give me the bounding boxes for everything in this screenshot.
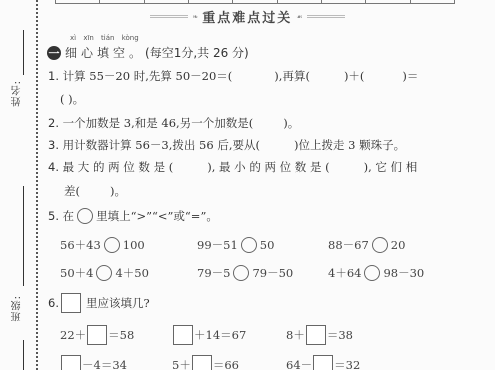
score-cell: [56, 0, 100, 4]
banner-rule-right: [307, 15, 345, 18]
expression-left: 79－5: [197, 265, 230, 281]
question-text: )位上拨走 3 颗珠子。: [294, 138, 405, 152]
question-text: 用计数器计算 56－3,拨出 56 后,要从(: [63, 138, 260, 152]
circle-icon: [77, 208, 93, 224]
question-2: 2. 一个加数是 3,和是 46,另一个加数是()。: [48, 115, 299, 131]
compare-item: 99－5150: [197, 237, 274, 253]
section-score-note: (每空1分,共 26 分): [145, 44, 249, 61]
expression-left: 88－67: [328, 237, 369, 253]
expression-after: －4＝34: [82, 357, 127, 370]
question-number: 1.: [48, 69, 59, 83]
expression-before: 64－: [286, 357, 312, 370]
question-number: 2.: [48, 116, 59, 130]
expression-before: 5＋: [172, 357, 191, 370]
question-5: 5. 在里填上“>”“<”或“=”。: [48, 208, 218, 224]
question-3: 3. 用计数器计算 56－3,拨出 56 后,要从()位上拨走 3 颗珠子。: [48, 137, 405, 153]
score-cell: [366, 0, 410, 4]
section-banner: ❧ 重点难点过关 ☙: [0, 7, 495, 26]
compare-circle-input[interactable]: [241, 237, 257, 253]
answer-box-input[interactable]: [173, 325, 193, 345]
score-cell: [100, 0, 144, 4]
answer-box-input[interactable]: [192, 355, 212, 370]
question-1-line-2[interactable]: ( )。: [60, 91, 84, 107]
question-4-line-2: 差()。: [64, 183, 126, 199]
expression-right: 20: [391, 238, 406, 252]
score-cell: [233, 0, 277, 4]
compare-item: 50＋44＋50: [60, 265, 149, 281]
question-number: 5.: [48, 209, 59, 223]
class-underline[interactable]: [23, 340, 24, 370]
compare-circle-input[interactable]: [104, 237, 120, 253]
question-text: ),再算(: [274, 69, 310, 83]
expression-left: 99－51: [197, 237, 238, 253]
expression-after: ＝32: [334, 357, 360, 370]
expression-right: 50: [260, 238, 275, 252]
expression-right: 98－30: [383, 265, 424, 281]
question-number: 6.: [48, 296, 59, 310]
banner-rule-left: [150, 15, 188, 18]
answer-box-input[interactable]: [313, 355, 333, 370]
score-cell: [278, 0, 322, 4]
answer-box-input[interactable]: [87, 325, 107, 345]
question-text: 最 大 的 两 位 数 是 (: [63, 160, 174, 174]
compare-item: 4＋6498－30: [328, 265, 424, 281]
question-text: 计算 55－20 时,先算 50－20＝(: [63, 69, 233, 83]
question-text: ), 它 们 相: [364, 160, 418, 174]
expression-left: 50＋4: [60, 265, 93, 281]
compare-circle-input[interactable]: [96, 265, 112, 281]
question-text: )。: [110, 184, 126, 198]
class-underline-top: [23, 186, 24, 286]
question-text: 里填上“>”“<”或“=”。: [96, 208, 218, 224]
question-text: )。: [283, 116, 299, 130]
expression-right: 79－50: [252, 265, 293, 281]
ornament-icon: ❧: [192, 13, 198, 21]
fill-item: 64－＝32: [286, 355, 360, 370]
ornament-icon: ☙: [296, 13, 302, 21]
compare-item: 79－579－50: [197, 265, 293, 281]
question-number: 4.: [48, 160, 59, 174]
question-text: 一个加数是 3,和是 46,另一个加数是(: [63, 116, 254, 130]
question-text: )＋(: [344, 69, 364, 83]
compare-circle-input[interactable]: [364, 265, 380, 281]
compare-circle-input[interactable]: [233, 265, 249, 281]
fill-item: －4＝34: [60, 355, 127, 370]
expression-right: 100: [123, 238, 145, 252]
answer-box-input[interactable]: [306, 325, 326, 345]
score-cell: [322, 0, 366, 4]
expression-after: ＝38: [327, 327, 353, 343]
question-6: 6.里应该填几?: [48, 293, 150, 313]
section-number-badge: 一: [47, 46, 61, 60]
banner-title: 重点难点过关: [202, 7, 292, 26]
compare-circle-input[interactable]: [372, 237, 388, 253]
score-table: [55, 0, 455, 4]
answer-box-input[interactable]: [61, 355, 81, 370]
expression-left: 4＋64: [328, 265, 361, 281]
expression-before: 8＋: [286, 327, 305, 343]
score-cell: [189, 0, 233, 4]
fill-item: 8＋＝38: [286, 325, 353, 345]
expression-after: ＝66: [213, 357, 239, 370]
question-text: 差(: [64, 184, 80, 198]
section-title: 细心填空。: [65, 44, 145, 61]
compare-item: 88－6720: [328, 237, 405, 253]
square-icon: [61, 293, 81, 313]
score-cell: [145, 0, 189, 4]
fill-item: ＋14＝67: [172, 325, 246, 345]
section-pinyin: xì xīn tián kòng: [70, 34, 139, 42]
expression-left: 56＋43: [60, 237, 101, 253]
class-label: 班级:: [10, 295, 24, 321]
question-text: ), 最 小 的 两 位 数 是 (: [207, 160, 329, 174]
name-underline[interactable]: [23, 30, 24, 75]
compare-item: 56＋43100: [60, 237, 145, 253]
expression-after: ＋14＝67: [194, 327, 246, 343]
question-number: 3.: [48, 138, 59, 152]
expression-before: 22＋: [60, 327, 86, 343]
expression-right: 4＋50: [115, 265, 148, 281]
fill-item: 5＋＝66: [172, 355, 239, 370]
score-cell: [411, 0, 454, 4]
expression-after: ＝58: [108, 327, 134, 343]
question-1: 1. 计算 55－20 时,先算 50－20＝(),再算()＋()＝: [48, 68, 418, 84]
question-4: 4. 最 大 的 两 位 数 是 (), 最 小 的 两 位 数 是 (), 它…: [48, 159, 417, 175]
binding-dotted-line: [36, 0, 38, 370]
name-label: 姓名:: [10, 80, 24, 106]
question-text: 里应该填几?: [86, 295, 150, 311]
section-header: 一 细心填空。 (每空1分,共 26 分): [47, 44, 249, 61]
fill-item: 22＋＝58: [60, 325, 134, 345]
question-text: 在: [63, 208, 75, 224]
question-text: )＝: [402, 69, 418, 83]
